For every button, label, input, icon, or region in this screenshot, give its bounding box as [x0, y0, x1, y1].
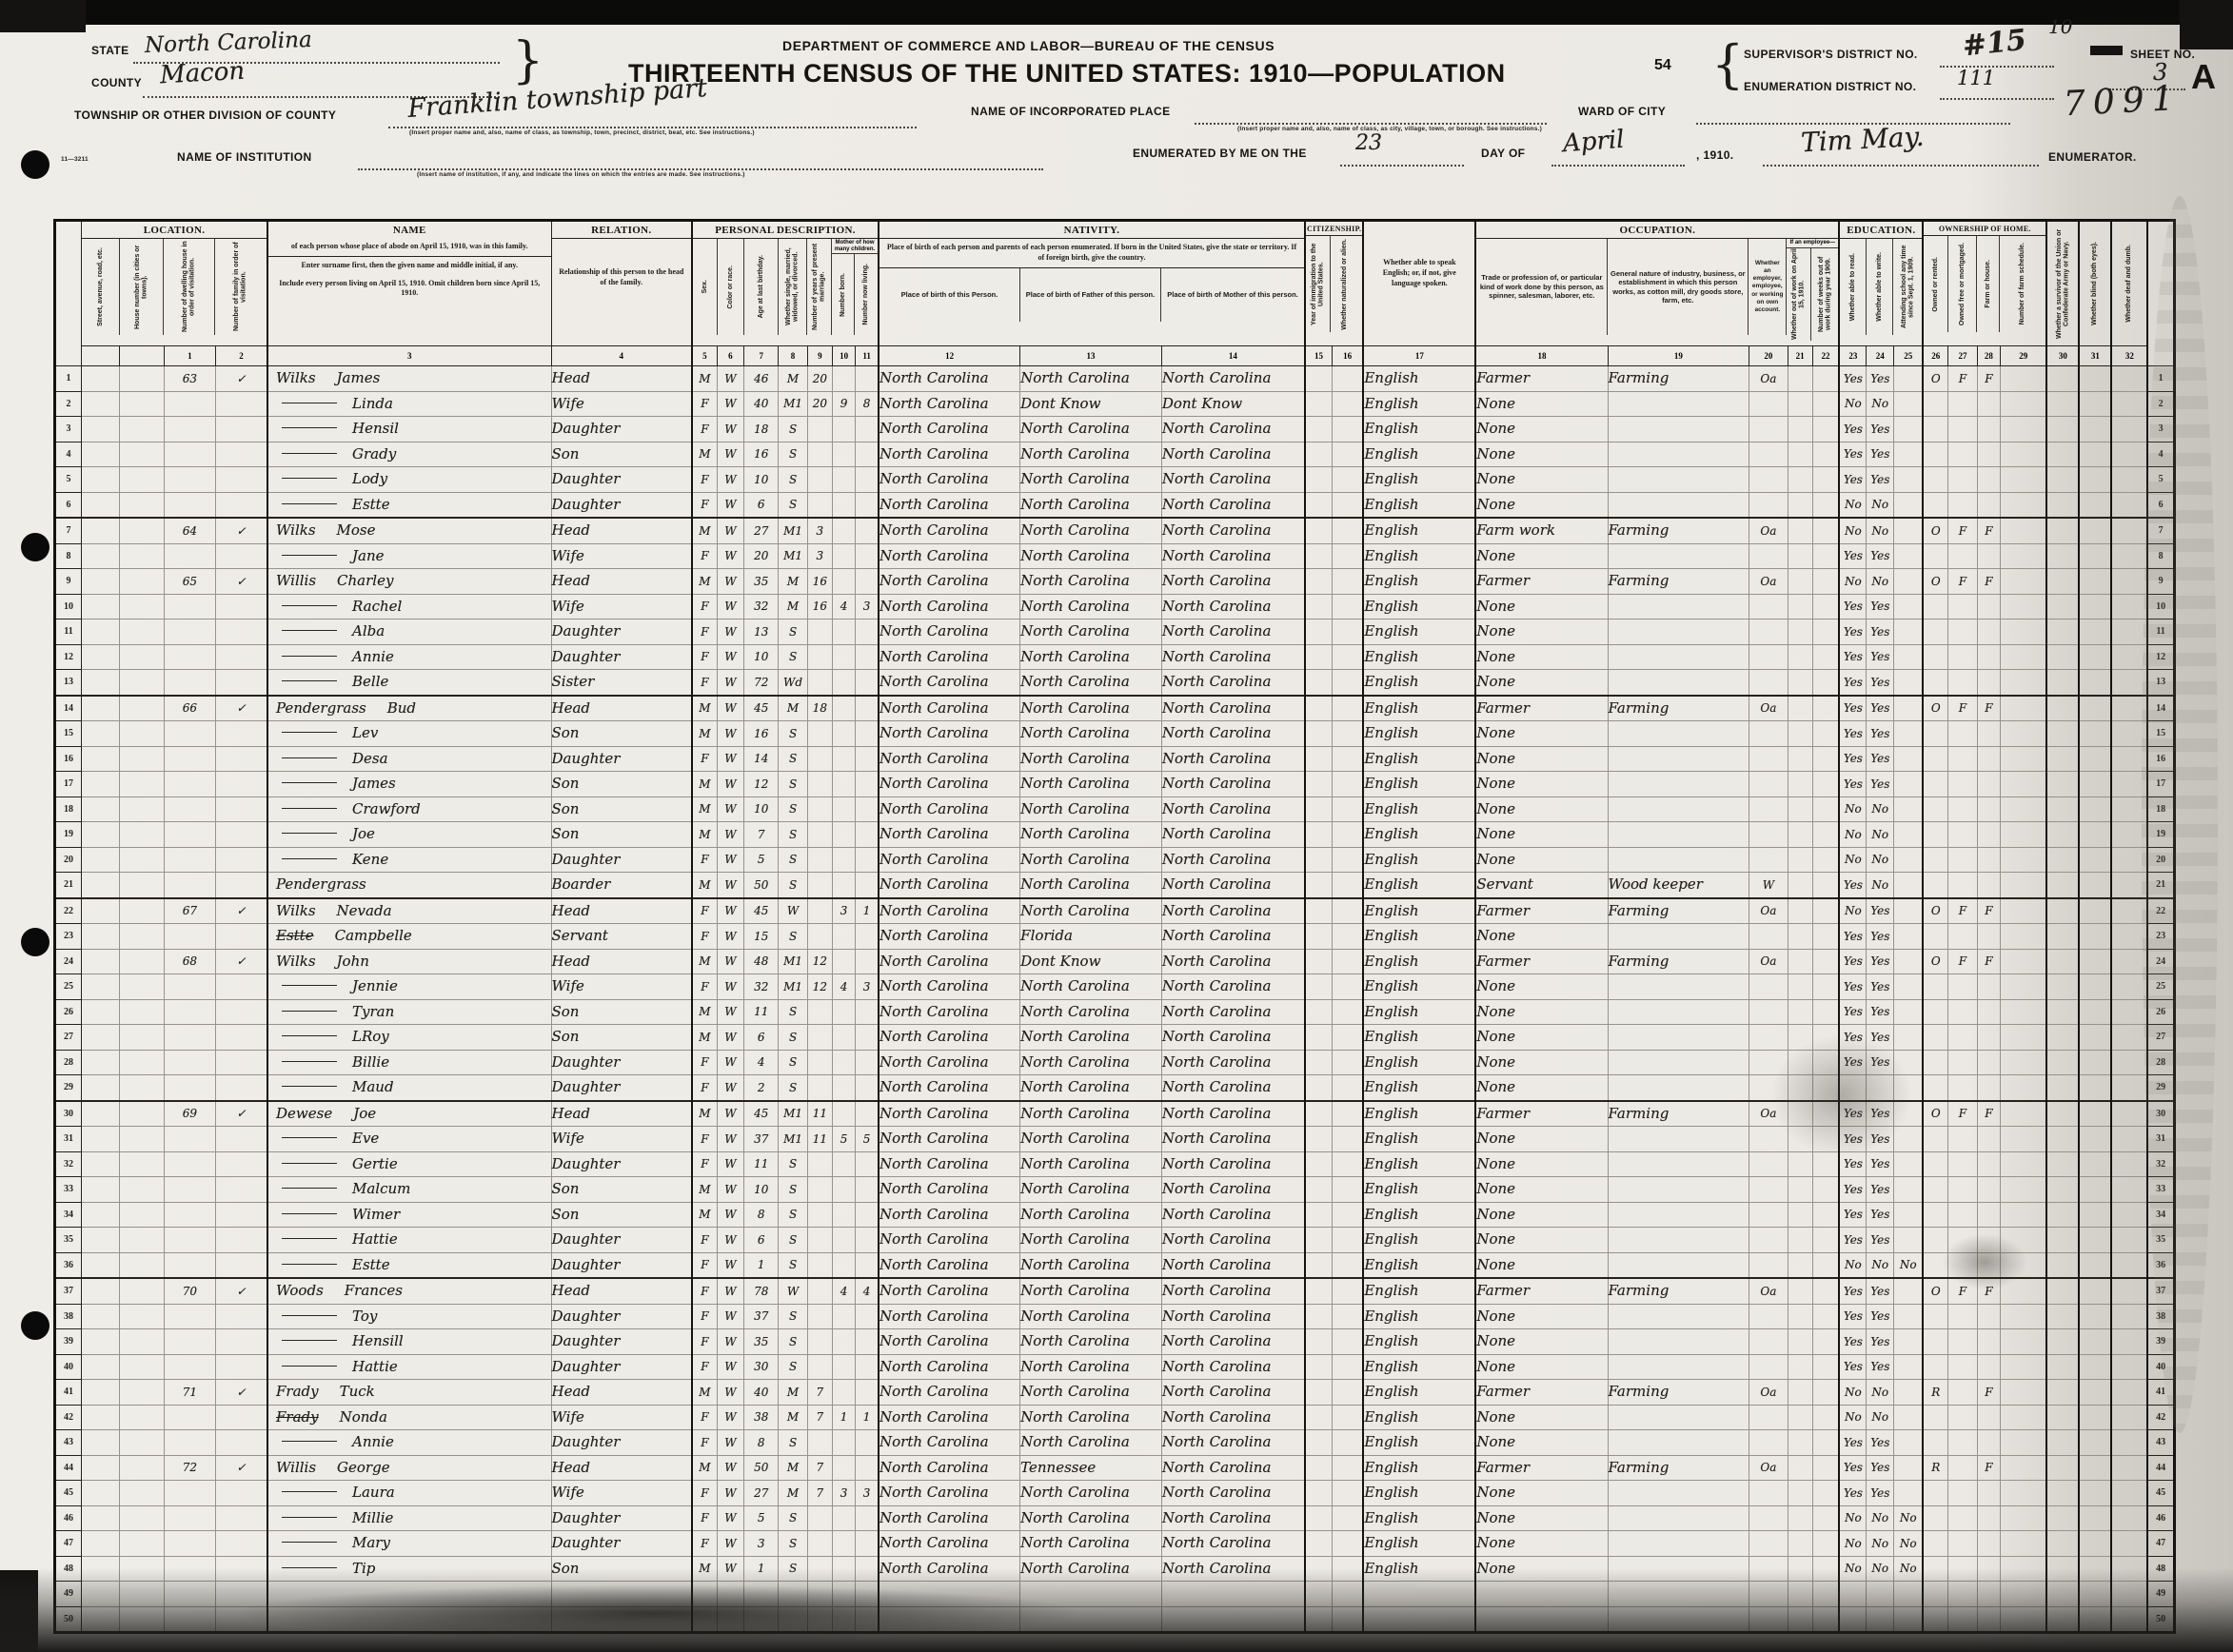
cell-own: O — [1923, 1101, 1947, 1127]
cell-own: O — [1923, 949, 1947, 974]
cell-cl — [856, 467, 879, 493]
personal-description-group-header: PERSONAL DESCRIPTION. Sex. Color or race… — [692, 221, 879, 346]
cell-write: No — [1867, 492, 1894, 518]
census-row: 764✓WilksMoseHeadMW27M13North CarolinaNo… — [55, 518, 2175, 543]
cell-lang: English — [1363, 518, 1475, 543]
handwritten-entry: M — [699, 447, 710, 461]
weeks-out-col-label: Number of weeks out of work during year … — [1818, 248, 1832, 341]
cell-cl — [856, 924, 879, 950]
line-number: 33 — [2147, 1177, 2174, 1203]
cell-free — [1948, 391, 1977, 417]
handwritten-entry: Yes — [1844, 1183, 1863, 1196]
cell-street — [82, 594, 120, 619]
handwritten-entry: 16 — [813, 600, 827, 613]
cell-rel: Head — [551, 569, 692, 595]
township-note: (Insert proper name and, also, name of c… — [409, 129, 755, 136]
cell-fs — [2001, 949, 2047, 974]
handwritten-entry: English — [1364, 1282, 1418, 1299]
handwritten-entry: 4 — [840, 1285, 848, 1298]
handwritten-entry: F — [1959, 372, 1966, 385]
cell-cb — [832, 1354, 855, 1380]
handwritten-entry: 32 — [754, 600, 768, 613]
cell-nat — [1332, 1151, 1363, 1177]
cell-house — [120, 467, 164, 493]
handwritten-entry: M — [787, 1386, 799, 1399]
cell-fs — [2001, 644, 2047, 670]
cell-surv — [2046, 467, 2079, 493]
cell-deaf — [2111, 1050, 2147, 1075]
handwritten-entry: Farming — [1609, 1459, 1670, 1476]
cell-fh — [1977, 1252, 2000, 1278]
cell-sch — [1894, 467, 1924, 493]
handwritten-entry: 20 — [813, 397, 827, 410]
line-number: 29 — [2147, 1075, 2174, 1101]
cell-cl — [856, 1354, 879, 1380]
cell-wk — [1812, 1481, 1839, 1506]
ditto-dash — [282, 403, 337, 403]
cell-pob: North Carolina — [879, 1025, 1020, 1051]
cell-ind — [1608, 594, 1749, 619]
cell-street — [82, 721, 120, 747]
cell-cl: 1 — [856, 1405, 879, 1430]
cell-age: 10 — [744, 644, 779, 670]
cell-age: 8 — [744, 1202, 779, 1228]
census-row: 46MillieDaughterFW5SNorth CarolinaNorth … — [55, 1505, 2175, 1531]
name-cell: FradyTuck — [267, 1380, 551, 1406]
cell-ms: S — [779, 772, 807, 797]
handwritten-entry: English — [1364, 1534, 1418, 1551]
name-cell: Estte — [267, 1252, 551, 1278]
cell-imm — [1305, 1455, 1332, 1481]
cell-wk — [1812, 366, 1839, 392]
cell-write: Yes — [1867, 772, 1894, 797]
cell-street — [82, 974, 120, 1000]
cell-wk — [1812, 873, 1839, 898]
cell-fs — [2001, 391, 2047, 417]
cell-own — [1923, 619, 1947, 645]
cell-sex: M — [692, 1025, 717, 1051]
handwritten-entry: Yes — [1844, 676, 1863, 689]
cell-wk — [1812, 1455, 1839, 1481]
cell-deaf — [2111, 999, 2147, 1025]
cell-pm: North Carolina — [1161, 1050, 1305, 1075]
cell-lang: English — [1363, 1101, 1475, 1127]
cell-sex: M — [692, 772, 717, 797]
cell-pob: North Carolina — [879, 1455, 1020, 1481]
cell-ind — [1608, 999, 1749, 1025]
cell-cb — [832, 999, 855, 1025]
cell-imm — [1305, 1075, 1332, 1101]
handwritten-entry: English — [1364, 1130, 1418, 1147]
cell-free: F — [1948, 898, 1977, 924]
cell-rel: Daughter — [551, 417, 692, 442]
cell-deaf — [2111, 1531, 2147, 1557]
line-number: 20 — [55, 847, 82, 873]
cell-color: W — [717, 1481, 743, 1506]
handwritten-entry: North Carolina — [1162, 1408, 1272, 1426]
cell-cb — [832, 1228, 855, 1253]
cell-emp — [1749, 1304, 1788, 1329]
cell-lang: English — [1363, 366, 1475, 392]
cell-ind: Farming — [1608, 1455, 1749, 1481]
cell-cb — [832, 518, 855, 543]
free-mortgaged-col-label: Owned free or mortgaged. — [1959, 243, 1966, 325]
cell-surv — [2046, 772, 2079, 797]
cell-color: W — [717, 1177, 743, 1203]
cell-sex: M — [692, 366, 717, 392]
name-cell: LRoy — [267, 1025, 551, 1051]
census-row: 36EstteDaughterFW1SNorth CarolinaNorth C… — [55, 1252, 2175, 1278]
cell-color: W — [717, 1304, 743, 1329]
handwritten-entry: None — [1476, 1534, 1515, 1551]
cell-deaf — [2111, 1354, 2147, 1380]
cell-cl — [856, 417, 879, 442]
handwritten-entry: North Carolina — [1162, 445, 1272, 462]
cell-ow — [1788, 1329, 1812, 1355]
cell-sex: F — [692, 1252, 717, 1278]
cell-dw — [164, 847, 215, 873]
handwritten-entry: W — [724, 447, 736, 461]
cell-emp — [1749, 1481, 1788, 1506]
handwritten-entry: North Carolina — [1162, 1534, 1272, 1551]
cell-trade: None — [1475, 1252, 1608, 1278]
handwritten-entry: 48 — [754, 954, 768, 968]
handwritten-entry: Son — [552, 724, 580, 741]
cell-trade: None — [1475, 442, 1608, 467]
cell-ind — [1608, 1531, 1749, 1557]
ditto-dash — [282, 1061, 337, 1062]
cell-rel: Daughter — [551, 1430, 692, 1456]
cell-dw — [164, 1505, 215, 1531]
handwritten-entry: 3 — [840, 1486, 848, 1500]
cell-lang: English — [1363, 644, 1475, 670]
cell-house — [120, 391, 164, 417]
cell-pf: North Carolina — [1020, 1252, 1162, 1278]
cell-age: 8 — [744, 1430, 779, 1456]
cell-pm: North Carolina — [1161, 1127, 1305, 1152]
cell-fam — [216, 391, 267, 417]
cell-sch — [1894, 974, 1924, 1000]
cell-blind — [2079, 898, 2111, 924]
handwritten-entry: W — [724, 524, 736, 538]
cell-surv — [2046, 391, 2079, 417]
handwritten-entry: 5 — [758, 853, 765, 866]
handwritten-entry: Yes — [1844, 1055, 1863, 1069]
given-name: Grady — [345, 445, 396, 462]
handwritten-entry: F — [701, 1285, 708, 1298]
cell-house — [120, 1531, 164, 1557]
cell-sex: F — [692, 391, 717, 417]
handwritten-entry: Head — [552, 1459, 591, 1476]
cell-fs — [2001, 1380, 2047, 1406]
line-number: 38 — [2147, 1304, 2174, 1329]
cell-ow — [1788, 1177, 1812, 1203]
cell-wk — [1812, 746, 1839, 772]
cell-house — [120, 1127, 164, 1152]
cell-dw: 64 — [164, 518, 215, 543]
form-number: 11—3211 — [61, 156, 89, 163]
cell-ow — [1788, 543, 1812, 569]
cell-street — [82, 619, 120, 645]
cell-sex: M — [692, 822, 717, 848]
handwritten-entry: North Carolina — [1020, 1433, 1130, 1450]
handwritten-entry: North Carolina — [1020, 598, 1130, 615]
brace-glyph: { — [1711, 34, 1744, 94]
cell-street — [82, 1329, 120, 1355]
cell-read: Yes — [1839, 1304, 1867, 1329]
cell-wk — [1812, 670, 1839, 696]
cell-deaf — [2111, 442, 2147, 467]
cell-wk — [1812, 696, 1839, 721]
handwritten-entry: No — [1871, 1511, 1888, 1524]
handwritten-entry: 66 — [183, 701, 197, 715]
handwritten-entry: M — [699, 828, 710, 841]
cell-ym — [807, 442, 832, 467]
cell-read: Yes — [1839, 543, 1867, 569]
handwritten-entry: 71 — [183, 1386, 197, 1399]
cell-trade: None — [1475, 1050, 1608, 1075]
cell-ind — [1608, 1075, 1749, 1101]
cell-own — [1923, 467, 1947, 493]
line-number: 26 — [55, 999, 82, 1025]
handwritten-entry: Oa — [1760, 575, 1776, 588]
cell-sex: F — [692, 1531, 717, 1557]
cell-house — [120, 1354, 164, 1380]
census-row: 2267✓WilksNevadaHeadFW45W31North Carolin… — [55, 898, 2175, 924]
cell-emp: Oa — [1749, 366, 1788, 392]
handwritten-entry: S — [789, 1208, 797, 1221]
cell-blind — [2079, 467, 2111, 493]
given-name: Belle — [345, 673, 388, 690]
given-name: Estte — [345, 496, 390, 513]
cell-ow — [1788, 391, 1812, 417]
cell-pf: North Carolina — [1020, 1101, 1162, 1127]
cell-dw: 65 — [164, 569, 215, 595]
line-number: 9 — [2147, 569, 2174, 595]
name-cell: Gertie — [267, 1151, 551, 1177]
cell-fh: F — [1977, 1380, 2000, 1406]
line-number: 29 — [55, 1075, 82, 1101]
cell-dw — [164, 543, 215, 569]
handwritten-entry: Daughter — [552, 1433, 621, 1450]
cell-lang: English — [1363, 1430, 1475, 1456]
cell-blind — [2079, 1354, 2111, 1380]
immigration-year-col-label: Year of immigration to the United States… — [1311, 238, 1325, 330]
cell-pm: North Carolina — [1161, 1354, 1305, 1380]
handwritten-entry: 7 — [758, 828, 765, 841]
cell-trade: None — [1475, 644, 1608, 670]
handwritten-entry: No — [1845, 1386, 1862, 1399]
cell-ms: S — [779, 1329, 807, 1355]
cell-house — [120, 873, 164, 898]
cell-fh — [1977, 1075, 2000, 1101]
handwritten-entry: M — [787, 1486, 799, 1500]
handwritten-entry: W — [724, 1208, 736, 1221]
handwritten-entry: Head — [552, 953, 591, 970]
cell-ow — [1788, 467, 1812, 493]
cell-rel: Wife — [551, 594, 692, 619]
cell-pob: North Carolina — [879, 1228, 1020, 1253]
cell-write: Yes — [1867, 467, 1894, 493]
cell-ms: S — [779, 492, 807, 518]
cell-street — [82, 1531, 120, 1557]
line-number: 34 — [55, 1202, 82, 1228]
handwritten-entry: 46 — [754, 372, 768, 385]
handwritten-entry: Daughter — [552, 1256, 621, 1273]
handwritten-entry: North Carolina — [879, 1028, 989, 1045]
cell-emp — [1749, 619, 1788, 645]
birthplace-father-col-label: Place of birth of Father of this person. — [1024, 288, 1156, 301]
cell-pm: North Carolina — [1161, 772, 1305, 797]
cell-own — [1923, 1329, 1947, 1355]
handwritten-entry: F — [701, 1309, 708, 1323]
cell-own: O — [1923, 696, 1947, 721]
cell-house — [120, 1329, 164, 1355]
cell-deaf — [2111, 746, 2147, 772]
cell-nat — [1332, 518, 1363, 543]
cell-ms: S — [779, 1430, 807, 1456]
cell-surv — [2046, 543, 2079, 569]
cell-surv — [2046, 1252, 2079, 1278]
cell-cl — [856, 1101, 879, 1127]
cell-sch — [1894, 1329, 1924, 1355]
handwritten-entry: No — [1871, 498, 1888, 511]
handwritten-entry: M — [699, 1031, 710, 1044]
handwritten-entry: Yes — [1870, 600, 1889, 613]
cell-ow — [1788, 721, 1812, 747]
cell-ym — [807, 1430, 832, 1456]
ditto-dash — [282, 1542, 337, 1543]
given-name: James — [329, 369, 381, 386]
cell-color: W — [717, 1050, 743, 1075]
line-number: 19 — [2147, 822, 2174, 848]
census-row: 2468✓WilksJohnHeadMW48M112North Carolina… — [55, 949, 2175, 974]
handwritten-entry: Yes — [1870, 1486, 1889, 1500]
line-number: 4 — [55, 442, 82, 467]
handwritten-entry: No — [1845, 1511, 1862, 1524]
cell-own: R — [1923, 1380, 1947, 1406]
line-number: 45 — [2147, 1481, 2174, 1506]
handwritten-entry: S — [789, 1081, 797, 1094]
cell-nat — [1332, 898, 1363, 924]
handwritten-entry: No — [1871, 1410, 1888, 1424]
handwritten-entry: None — [1476, 1230, 1515, 1248]
cell-house — [120, 822, 164, 848]
handwritten-entry: F — [701, 1132, 708, 1146]
cell-own — [1923, 746, 1947, 772]
handwritten-entry: None — [1476, 1180, 1515, 1197]
handwritten-entry: 3 — [863, 1486, 871, 1500]
cell-fh: F — [1977, 696, 2000, 721]
cell-fam: ✓ — [216, 949, 267, 974]
cell-wk — [1812, 1075, 1839, 1101]
handwritten-entry: F — [701, 980, 708, 993]
cell-pob: North Carolina — [879, 696, 1020, 721]
handwritten-entry: M1 — [783, 524, 802, 538]
cell-pf: North Carolina — [1020, 1127, 1162, 1152]
cell-imm — [1305, 873, 1332, 898]
cell-cl — [856, 796, 879, 822]
cell-sex: F — [692, 417, 717, 442]
cell-fam — [216, 1050, 267, 1075]
cell-lang: English — [1363, 1329, 1475, 1355]
cell-wk — [1812, 1228, 1839, 1253]
cell-wk — [1812, 796, 1839, 822]
cell-sch — [1894, 1430, 1924, 1456]
cell-color: W — [717, 492, 743, 518]
cell-sch — [1894, 1354, 1924, 1380]
cell-color: W — [717, 366, 743, 392]
cell-ind — [1608, 772, 1749, 797]
cell-rel: Son — [551, 822, 692, 848]
handwritten-entry: North Carolina — [1162, 1383, 1272, 1400]
cell-fs — [2001, 1455, 2047, 1481]
cell-trade: None — [1475, 594, 1608, 619]
cell-dw — [164, 619, 215, 645]
cell-pf: North Carolina — [1020, 467, 1162, 493]
handwritten-entry: Daughter — [552, 648, 621, 665]
cell-cb — [832, 1202, 855, 1228]
handwritten-entry: Yes — [1844, 447, 1863, 461]
cell-cb — [832, 1075, 855, 1101]
line-number: 47 — [2147, 1531, 2174, 1557]
cell-sch — [1894, 1050, 1924, 1075]
cell-fh — [1977, 619, 2000, 645]
handwritten-entry: W — [724, 1081, 736, 1094]
handwritten-entry: 7 — [817, 1410, 824, 1424]
handwritten-entry: North Carolina — [879, 750, 989, 767]
handwritten-entry: None — [1476, 1053, 1515, 1071]
cell-trade: Farmer — [1475, 1455, 1608, 1481]
handwritten-entry: None — [1476, 1332, 1515, 1349]
handwritten-entry: North Carolina — [1162, 1003, 1272, 1020]
cell-house — [120, 1304, 164, 1329]
cell-write: No — [1867, 391, 1894, 417]
handwritten-entry: 50 — [754, 878, 768, 892]
cell-free — [1948, 417, 1977, 442]
cell-house — [120, 644, 164, 670]
cell-emp — [1749, 721, 1788, 747]
handwritten-entry: English — [1364, 572, 1418, 589]
enumerator-name: Tim May. — [1800, 121, 1925, 159]
cell-fs — [2001, 822, 2047, 848]
cell-nat — [1332, 974, 1363, 1000]
punch-hole — [21, 928, 49, 956]
handwritten-entry: 8 — [758, 1208, 765, 1221]
cell-age: 35 — [744, 569, 779, 595]
cell-fam — [216, 1025, 267, 1051]
owned-rented-col-label: Owned or rented. — [1932, 257, 1940, 312]
cell-cb — [832, 366, 855, 392]
handwritten-entry: W — [724, 1386, 736, 1399]
handwritten-entry: W — [724, 625, 736, 639]
handwritten-entry: No — [1845, 853, 1862, 866]
cell-age: 37 — [744, 1127, 779, 1152]
cell-pob: North Carolina — [879, 999, 1020, 1025]
cell-sch — [1894, 1075, 1924, 1101]
cell-blind — [2079, 1430, 2111, 1456]
cell-age: 3 — [744, 1531, 779, 1557]
census-row: 965✓WillisCharleyHeadMW35M16North Caroli… — [55, 569, 2175, 595]
cell-wk — [1812, 1304, 1839, 1329]
handwritten-entry: W — [724, 1309, 736, 1323]
cell-ow — [1788, 644, 1812, 670]
cell-free — [1948, 746, 1977, 772]
cell-write — [1867, 1075, 1894, 1101]
cell-dw — [164, 1329, 215, 1355]
census-row: 8JaneWifeFW20M13North CarolinaNorth Caro… — [55, 543, 2175, 569]
census-row: 21PendergrassBoarderMW50SNorth CarolinaN… — [55, 873, 2175, 898]
